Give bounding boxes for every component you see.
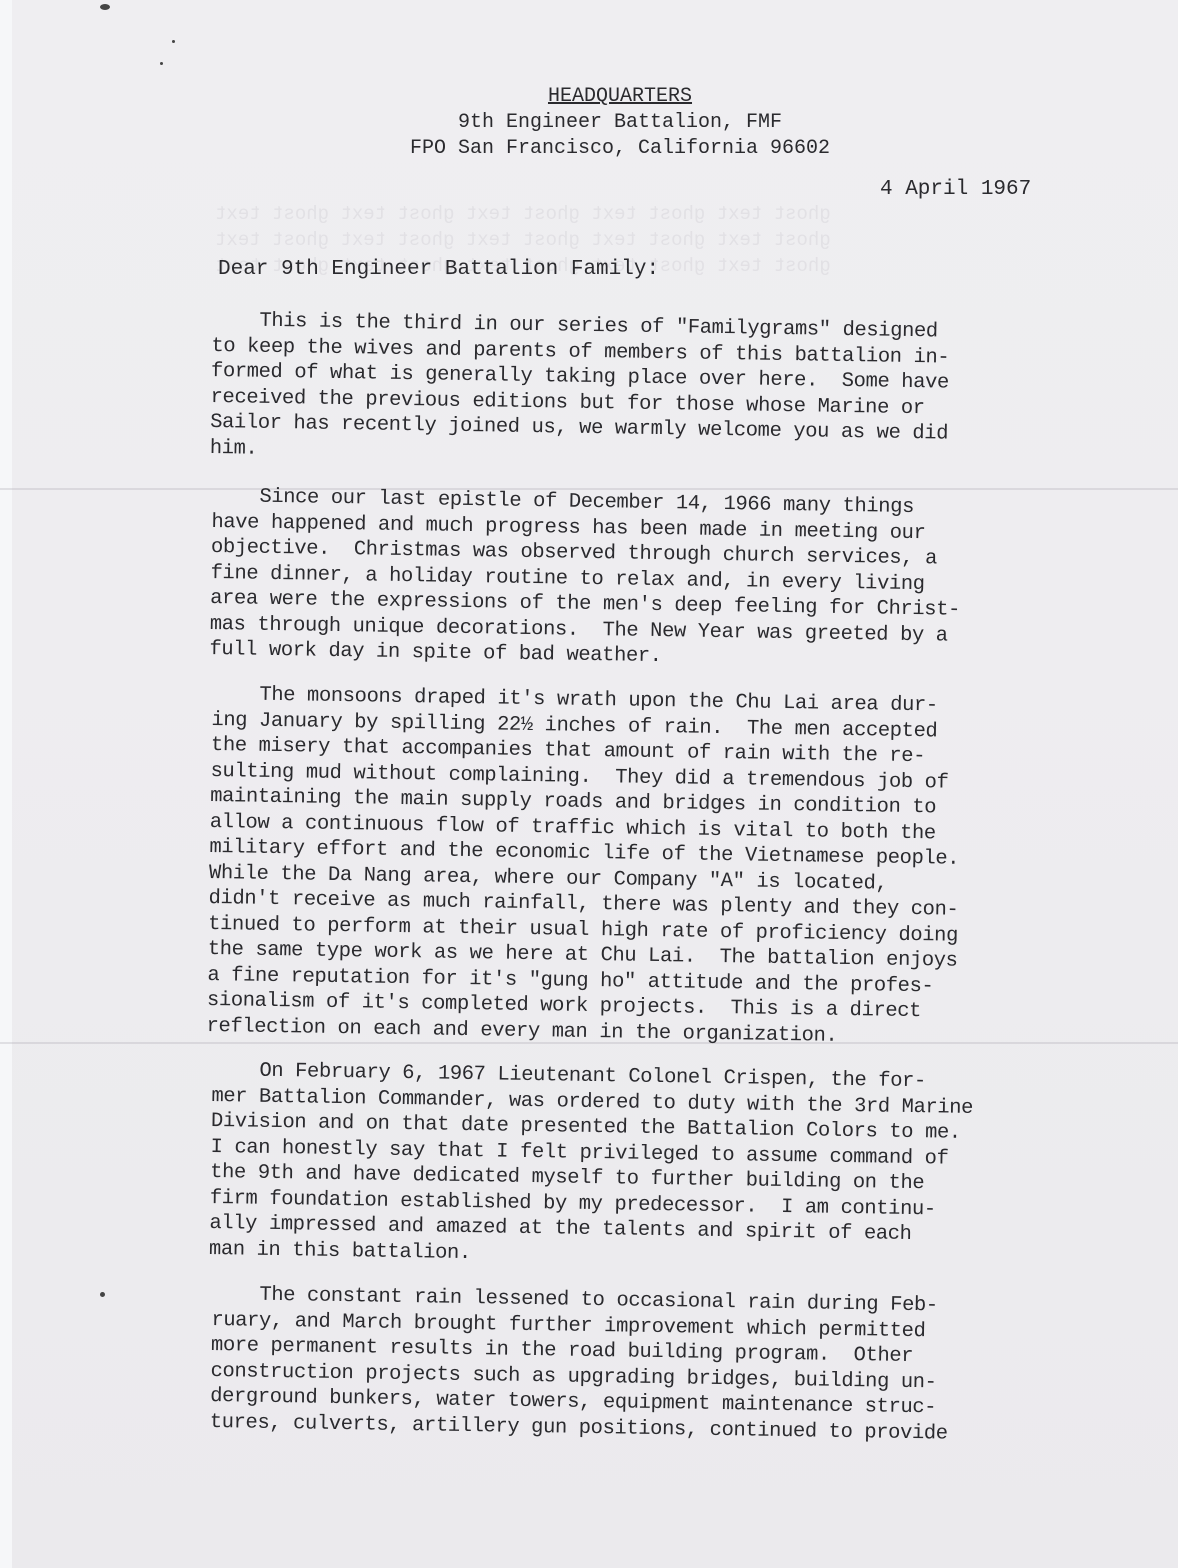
letter-date: 4 April 1967 [880, 178, 1031, 201]
letterhead-address: FPO San Francisco, California 96602 [0, 136, 1178, 162]
paragraph-3: The monsoons draped it's wrath upon the … [206, 682, 1002, 1051]
letterhead-unit: 9th Engineer Battalion, FMF [0, 110, 1178, 136]
letterhead-title: HEADQUARTERS [0, 84, 1178, 110]
ink-speck [100, 1292, 105, 1297]
ink-speck [160, 62, 163, 65]
paragraph-4: On February 6, 1967 Lieutenant Colonel C… [209, 1058, 1002, 1274]
letter-page: ghost text ghost text ghost text ghost t… [0, 0, 1178, 1568]
letterhead: HEADQUARTERS 9th Engineer Battalion, FMF… [0, 84, 1178, 162]
scan-edge [0, 0, 12, 1568]
ink-speck [172, 40, 175, 43]
ink-speck [100, 4, 110, 10]
paragraph-1: This is the third in our series of "Fami… [210, 308, 1002, 473]
paragraph-2: Since our last epistle of December 14, 1… [209, 484, 1002, 675]
paragraph-5: The constant rain lessened to occasional… [210, 1282, 1002, 1447]
salutation: Dear 9th Engineer Battalion Family: [218, 258, 659, 281]
